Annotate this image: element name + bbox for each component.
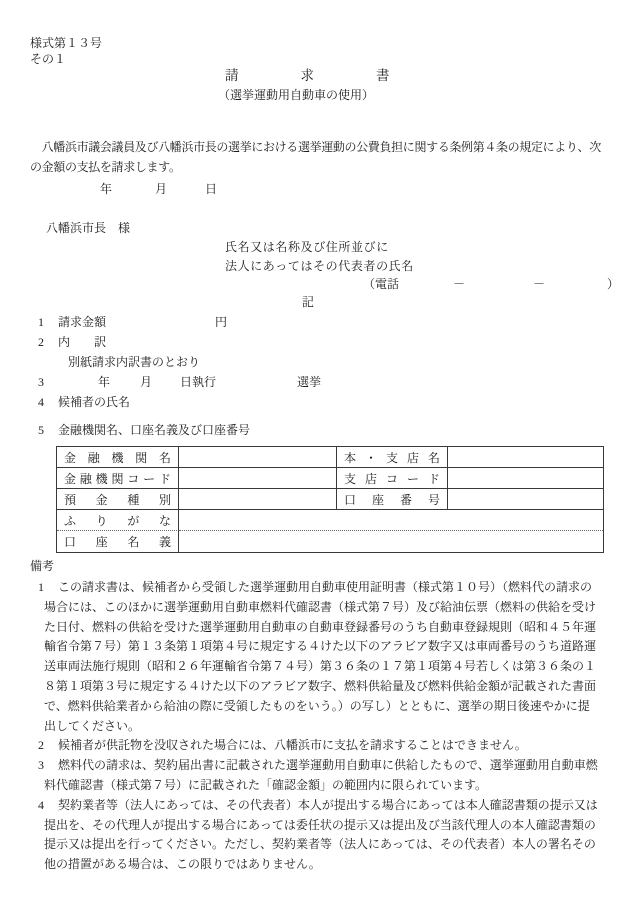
remarks-list: 1 この請求書は、候補者から受領した選挙運動用自動車使用証明書（様式第１０号）（… <box>44 578 604 875</box>
item3-election-label: 選挙 <box>297 376 321 388</box>
furigana-field[interactable] <box>179 510 603 531</box>
branch-name-label: 本・支店名 <box>337 447 448 468</box>
phone-label: （電話 <box>363 278 399 290</box>
bank-account-table: 金融機関名 本・支店名 金融機関コード 支店コード 預金種別 口座番号 ふりがな… <box>56 446 604 553</box>
bank-name-field[interactable] <box>179 447 337 468</box>
date-day-label: 日 <box>205 183 217 195</box>
remark-text: 燃料代の請求は、契約届出書に記載された選挙運動用自動車に供給したもので、選挙運動… <box>44 756 604 796</box>
sender-name-label: 氏名又は名称及び住所並びに <box>225 241 389 253</box>
item5-number: 5 <box>38 424 44 436</box>
account-holder-label: 口座名義 <box>57 531 179 552</box>
intro-paragraph: 八幡浜市議会議員及び八幡浜市長の選挙における選挙運動の公費負担に関する条例第４条… <box>30 137 620 177</box>
account-number-field[interactable] <box>448 489 603 510</box>
addressee: 八幡浜市長 様 <box>46 222 130 234</box>
furigana-label: ふりがな <box>57 510 179 531</box>
ki-marker: 記 <box>302 296 314 308</box>
form-subtitle: （選挙運動用自動車の使用） <box>218 89 374 101</box>
account-number-label: 口座番号 <box>337 489 448 510</box>
invoice-form-page: 様式第１３号 その１ 請求書 （選挙運動用自動車の使用） 八幡浜市議会議員及び八… <box>0 0 630 903</box>
bank-name-label: 金融機関名 <box>57 447 179 468</box>
item1-yen-unit: 円 <box>215 316 227 328</box>
remark-number: 2 <box>38 736 44 756</box>
remark-item: 4 契約業者等（法人にあっては、その代表者）本人が提出する場合にあっては本人確認… <box>44 796 604 875</box>
item3-year-label: 年 <box>98 376 110 388</box>
remark-item: 3 燃料代の請求は、契約届出書に記載された選挙運動用自動車に供給したもので、選挙… <box>44 756 604 796</box>
remark-item: 1 この請求書は、候補者から受領した選挙運動用自動車使用証明書（様式第１０号）（… <box>44 578 604 736</box>
phone-close-paren: ） <box>607 278 619 290</box>
deposit-type-label: 預金種別 <box>57 489 179 510</box>
date-year-label: 年 <box>100 183 112 195</box>
item2-number: 2 <box>38 336 44 348</box>
remark-item: 2 候補者が供託物を没収された場合には、八幡浜市に支払を請求することはできません… <box>44 736 604 756</box>
account-holder-field[interactable] <box>179 531 603 552</box>
remark-number: 1 <box>38 578 44 598</box>
item4-label: 候補者の氏名 <box>58 396 130 408</box>
form-part: その１ <box>30 53 66 65</box>
deposit-type-field[interactable] <box>179 489 337 510</box>
form-number: 様式第１３号 <box>30 37 102 49</box>
remark-text: 契約業者等（法人にあっては、その代表者）本人が提出する場合にあっては本人確認書類… <box>44 796 604 875</box>
item2-sub-note: 別紙請求内訳書のとおり <box>68 356 200 368</box>
item1-number: 1 <box>38 316 44 328</box>
branch-code-field[interactable] <box>448 468 603 489</box>
phone-dash-1: － <box>453 278 465 290</box>
branch-code-label: 支店コード <box>337 468 448 489</box>
item4-number: 4 <box>38 396 44 408</box>
bank-code-label: 金融機関コード <box>57 468 179 489</box>
phone-dash-2: － <box>533 278 545 290</box>
item5-label: 金融機関名、口座名義及び口座番号 <box>58 424 250 436</box>
form-title: 請求書 <box>225 69 452 83</box>
item1-label: 請求金額 <box>58 316 106 328</box>
item2-label: 内 訳 <box>58 336 106 348</box>
remark-text: 候補者が供託物を没収された場合には、八幡浜市に支払を請求することはできません。 <box>44 736 604 756</box>
item3-day-exec-label: 日執行 <box>180 376 216 388</box>
date-month-label: 月 <box>155 183 167 195</box>
bank-code-field[interactable] <box>179 468 337 489</box>
branch-name-field[interactable] <box>448 447 603 468</box>
item3-month-label: 月 <box>140 376 152 388</box>
remarks-heading: 備考 <box>30 560 54 572</box>
remark-number: 4 <box>38 796 44 816</box>
item3-number: 3 <box>38 376 44 388</box>
sender-representative-label: 法人にあってはその代表者の氏名 <box>225 260 414 272</box>
remark-number: 3 <box>38 756 44 776</box>
remark-text: この請求書は、候補者から受領した選挙運動用自動車使用証明書（様式第１０号）（燃料… <box>44 578 604 736</box>
